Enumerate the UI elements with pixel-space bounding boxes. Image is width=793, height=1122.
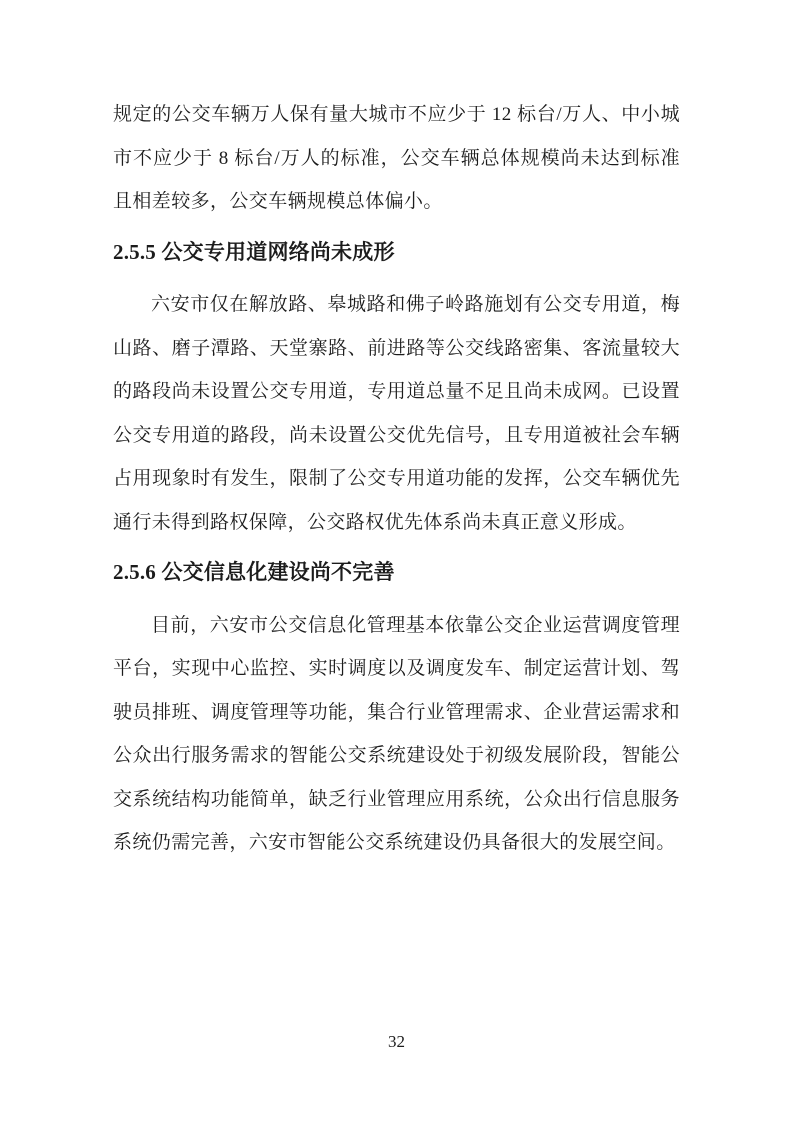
section-heading-2-5-5: 2.5.5 公交专用道网络尚未成形 <box>113 231 680 275</box>
section-heading-2-5-6: 2.5.6 公交信息化建设尚不完善 <box>113 551 680 595</box>
document-page: 规定的公交车辆万人保有量大城市不应少于 12 标台/万人、中小城市不应少于 8 … <box>0 0 793 1122</box>
paragraph-continuation: 规定的公交车辆万人保有量大城市不应少于 12 标台/万人、中小城市不应少于 8 … <box>113 93 680 224</box>
document-body: 规定的公交车辆万人保有量大城市不应少于 12 标台/万人、中小城市不应少于 8 … <box>113 93 680 865</box>
page-footer: 32 <box>0 1030 793 1054</box>
paragraph-bus-lane-network: 六安市仅在解放路、皋城路和佛子岭路施划有公交专用道，梅山路、磨子潭路、天堂寨路、… <box>113 283 680 544</box>
page-number: 32 <box>388 1032 405 1051</box>
paragraph-informatization: 目前，六安市公交信息化管理基本依靠公交企业运营调度管理平台，实现中心监控、实时调… <box>113 604 680 865</box>
